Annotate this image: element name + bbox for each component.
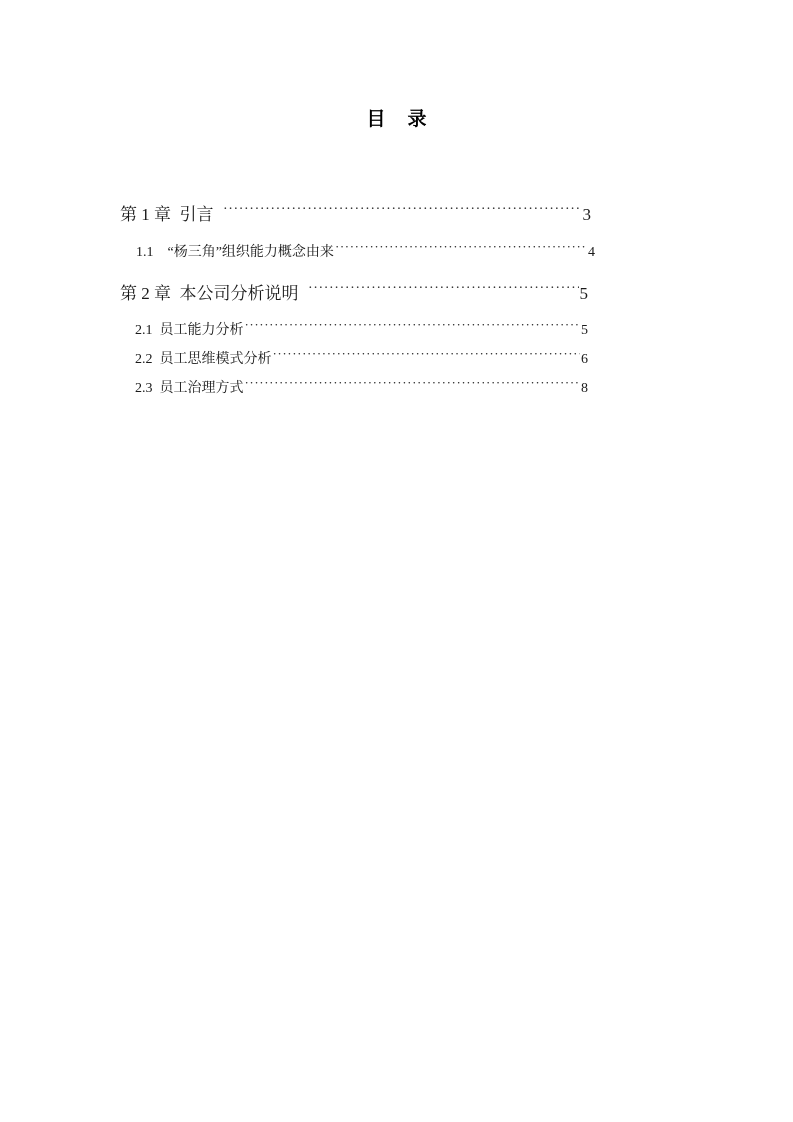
page-number: 4 — [588, 245, 595, 261]
toc-entry-label: 第 2 章 本公司分析说明 — [120, 279, 307, 304]
section-title: 员工能力分析 — [160, 323, 244, 338]
dot-leader — [308, 282, 579, 299]
toc-entry-label: 2.2 员工思维模式分析 — [135, 348, 272, 368]
section-title: “杨三角”组织能力概念由来 — [168, 245, 334, 260]
section-number: 1.1 — [136, 245, 154, 260]
toc-title: 目录 — [0, 104, 793, 131]
page-number: 5 — [581, 323, 588, 339]
toc-title-part-1: 目 — [366, 108, 385, 130]
toc-title-part-2: 录 — [408, 108, 427, 130]
page-number: 5 — [580, 284, 589, 304]
toc-entry-chapter-2[interactable]: 第 2 章 本公司分析说明 5 — [120, 279, 588, 304]
dot-leader — [273, 349, 581, 363]
toc-entry-section-2-3[interactable]: 2.3 员工治理方式 8 — [135, 377, 588, 397]
page-number: 8 — [581, 381, 588, 397]
section-number: 2.1 — [135, 323, 153, 338]
toc-entry-section-1-1[interactable]: 1.1 “杨三角”组织能力概念由来 4 — [136, 241, 595, 261]
dot-leader — [335, 242, 587, 256]
section-number: 2.3 — [135, 381, 153, 396]
chapter-prefix: 第 1 章 — [120, 205, 171, 224]
dot-leader — [245, 320, 581, 334]
toc-entry-label: 2.1 员工能力分析 — [135, 319, 244, 339]
chapter-prefix: 第 2 章 — [120, 284, 171, 303]
chapter-title: 本公司分析说明 — [180, 284, 299, 303]
toc-entry-section-2-2[interactable]: 2.2 员工思维模式分析 6 — [135, 348, 588, 368]
section-title: 员工思维模式分析 — [160, 352, 272, 367]
toc-entry-label: 第 1 章 引言 — [120, 200, 222, 225]
toc-entry-section-2-1[interactable]: 2.1 员工能力分析 5 — [135, 319, 588, 339]
section-number: 2.2 — [135, 352, 153, 367]
page-number: 3 — [583, 205, 592, 225]
toc-entry-chapter-1[interactable]: 第 1 章 引言 3 — [120, 200, 591, 225]
dot-leader — [223, 203, 582, 220]
toc-entry-label: 2.3 员工治理方式 — [135, 377, 244, 397]
page-number: 6 — [581, 352, 588, 368]
section-title: 员工治理方式 — [160, 381, 244, 396]
chapter-title: 引言 — [180, 205, 214, 224]
document-page: 目录 第 1 章 引言 3 1.1 “杨三角”组织能力概念由来 4 第 2 章 … — [0, 0, 793, 1122]
toc-entry-label: 1.1 “杨三角”组织能力概念由来 — [136, 241, 334, 261]
dot-leader — [245, 378, 581, 392]
